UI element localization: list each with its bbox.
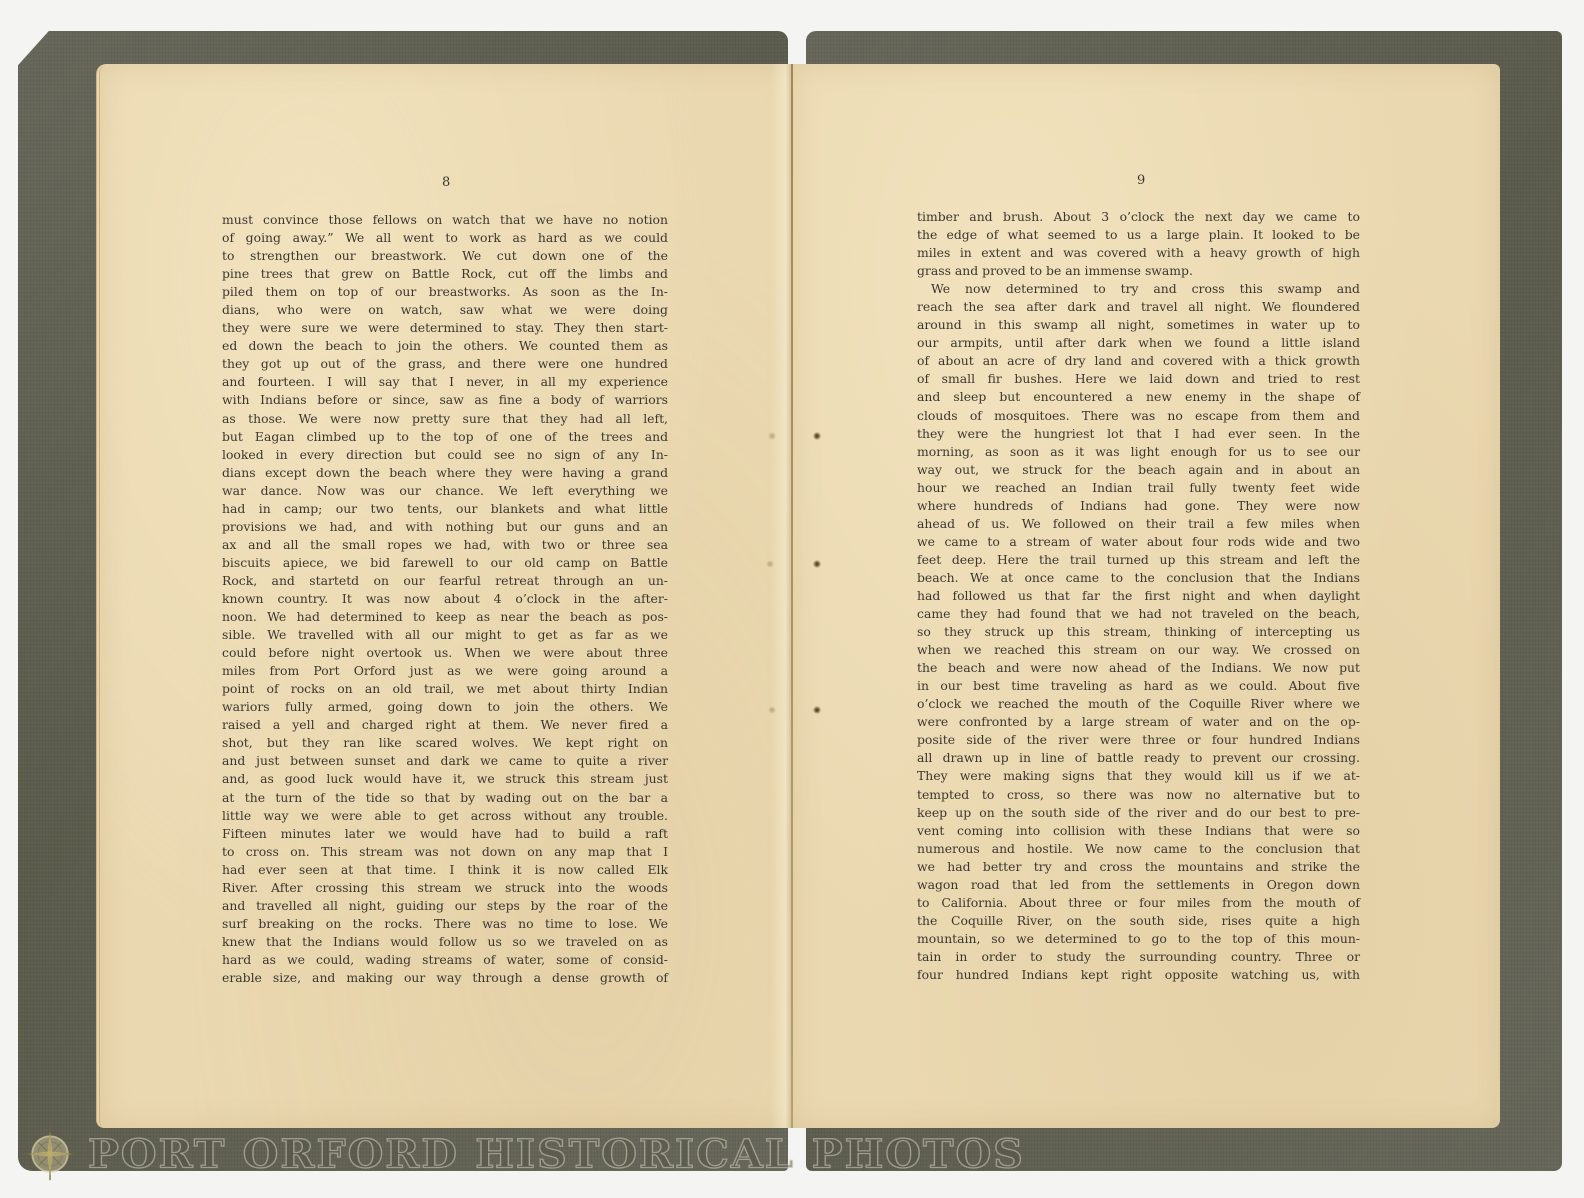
text-line: and travelled all night, guiding our ste…	[222, 897, 668, 915]
center-fold	[791, 64, 793, 1128]
text-line: pine trees that grew on Battle Rock, cut…	[222, 265, 668, 283]
text-line: ax and all the small ropes we had, with …	[222, 536, 668, 554]
text-line: erable size, and making our way through …	[222, 969, 668, 987]
text-line: posite side of the river were three or f…	[917, 731, 1360, 749]
staple-hole	[768, 432, 776, 440]
text-line: noon. We had determined to keep as near …	[222, 608, 668, 626]
text-line: reach the sea after dark and travel all …	[917, 298, 1360, 316]
text-line: but Eagan climbed up to the top of one o…	[222, 428, 668, 446]
text-line: they were the hungriest lot that I had e…	[917, 425, 1360, 443]
text-line: had in camp; our two tents, our blankets…	[222, 500, 668, 518]
text-line: could before night overtook us. When we …	[222, 644, 668, 662]
gutter-shade	[770, 64, 792, 1128]
text-line: mountain, so we determined to go to the …	[917, 930, 1360, 948]
text-line: They were making signs that they would k…	[917, 767, 1360, 785]
staple-hole	[813, 706, 821, 714]
text-line: in our best time traveling as hard as we…	[917, 677, 1360, 695]
text-line: little way we were able to get across wi…	[222, 807, 668, 825]
text-line: must convince those fellows on watch tha…	[222, 211, 668, 229]
staple-hole	[768, 706, 776, 714]
text-line: we came to a stream of water about four …	[917, 533, 1360, 551]
text-line: knew that the Indians would follow us so…	[222, 933, 668, 951]
text-line: we had better try and cross the mountain…	[917, 858, 1360, 876]
scanned-booklet: 8 9 must convince those fellows on watch…	[0, 0, 1584, 1198]
text-line: Fifteen minutes later we would have had …	[222, 825, 668, 843]
text-line: miles in extent and was covered with a h…	[917, 244, 1360, 262]
text-line: of small fir bushes. Here we laid down a…	[917, 370, 1360, 388]
text-line: provisions we had, and with nothing but …	[222, 518, 668, 536]
text-line: numerous and hostile. We now came to the…	[917, 840, 1360, 858]
watermark-text: PORT ORFORD HISTORICAL PHOTOS	[88, 1131, 1025, 1177]
text-line: raised a yell and charged right at them.…	[222, 716, 668, 734]
text-line: all drawn up in line of battle ready to …	[917, 749, 1360, 767]
text-line: as those. We were now pretty sure that t…	[222, 410, 668, 428]
text-line: and fourteen. I will say that I never, i…	[222, 373, 668, 391]
text-line: vent coming into collision with these In…	[917, 822, 1360, 840]
text-line: had followed us that far the first night…	[917, 587, 1360, 605]
text-line: and, as good luck would have it, we stru…	[222, 770, 668, 788]
text-line: to strengthen our breastwork. We cut dow…	[222, 247, 668, 265]
text-line: keep up on the south side of the river a…	[917, 804, 1360, 822]
text-line: and sleep but encountered a new enemy in…	[917, 388, 1360, 406]
text-line: they got up out of the grass, and there …	[222, 355, 668, 373]
text-line: around in this swamp all night, sometime…	[917, 316, 1360, 334]
text-line: We now determined to try and cross this …	[917, 280, 1360, 298]
staple-hole	[813, 560, 821, 568]
text-line: miles from Port Orford just as we were g…	[222, 662, 668, 680]
text-line: four hundred Indians kept right opposite…	[917, 966, 1360, 984]
text-line: feet deep. Here the trail turned up this…	[917, 551, 1360, 569]
text-line: way out, we struck for the beach again a…	[917, 461, 1360, 479]
text-line: the Coquille River, on the south side, r…	[917, 912, 1360, 930]
text-line: where hundreds of Indians had gone. They…	[917, 497, 1360, 515]
text-line: dians, who were on watch, saw what we we…	[222, 301, 668, 319]
text-line: point of rocks on an old trail, we met a…	[222, 680, 668, 698]
text-line: the edge of what seemed to us a large pl…	[917, 226, 1360, 244]
text-line: shot, but they ran like scared wolves. W…	[222, 734, 668, 752]
text-line: the beach and were now ahead of the Indi…	[917, 659, 1360, 677]
text-line: when we reached this stream on our way. …	[917, 641, 1360, 659]
text-line: known country. It was now about 4 o’cloc…	[222, 590, 668, 608]
text-line: and just between sunset and dark we came…	[222, 752, 668, 770]
text-line: tempted to cross, so there was now no al…	[917, 786, 1360, 804]
text-line: war dance. Now was our chance. We left e…	[222, 482, 668, 500]
text-line: of going away.” We all went to work as h…	[222, 229, 668, 247]
text-line: o’clock we reached the mouth of the Coqu…	[917, 695, 1360, 713]
text-line: so they struck up this stream, thinking …	[917, 623, 1360, 641]
text-line: surf breaking on the rocks. There was no…	[222, 915, 668, 933]
text-line: to California. About three or four miles…	[917, 894, 1360, 912]
compass-rose-icon	[22, 1126, 78, 1182]
text-line: ed down the beach to join the others. We…	[222, 337, 668, 355]
text-line: Rock, and startetd on our fearful retrea…	[222, 572, 668, 590]
text-line: hard as we could, wading streams of wate…	[222, 951, 668, 969]
staple-hole	[766, 560, 774, 568]
watermark: PORT ORFORD HISTORICAL PHOTOS	[22, 1124, 1025, 1184]
text-line: to cross on. This stream was not down on…	[222, 843, 668, 861]
text-line: looked in every direction but could see …	[222, 446, 668, 464]
text-line: were confronted by a large stream of wat…	[917, 713, 1360, 731]
text-line: had ever seen at that time. I think it i…	[222, 861, 668, 879]
text-line: clouds of mosquitoes. There was no escap…	[917, 407, 1360, 425]
right-page-body: timber and brush. About 3 o’clock the ne…	[917, 208, 1360, 984]
page-number-right: 9	[1137, 173, 1145, 188]
text-line: they were sure we were determined to sta…	[222, 319, 668, 337]
page-number-left: 8	[442, 175, 450, 190]
text-line: came they had found that we had not trav…	[917, 605, 1360, 623]
text-line: River. After crossing this stream we str…	[222, 879, 668, 897]
text-line: dians except down the beach where they w…	[222, 464, 668, 482]
text-line: grass and proved to be an immense swamp.	[917, 262, 1360, 280]
text-line: piled them on top of our breastworks. As…	[222, 283, 668, 301]
text-line: morning, as soon as it was light enough …	[917, 443, 1360, 461]
text-line: sible. We travelled with all our might t…	[222, 626, 668, 644]
text-line: with Indians before or since, saw as fin…	[222, 391, 668, 409]
text-line: wariors fully armed, going down to join …	[222, 698, 668, 716]
text-line: at the turn of the tide so that by wadin…	[222, 789, 668, 807]
text-line: beach. We at once came to the conclusion…	[917, 569, 1360, 587]
text-line: biscuits apiece, we bid farewell to our …	[222, 554, 668, 572]
text-line: of about an acre of dry land and covered…	[917, 352, 1360, 370]
text-line: our armpits, until after dark when we fo…	[917, 334, 1360, 352]
text-line: hour we reached an Indian trail fully tw…	[917, 479, 1360, 497]
text-line: ahead of us. We followed on their trail …	[917, 515, 1360, 533]
text-line: timber and brush. About 3 o’clock the ne…	[917, 208, 1360, 226]
text-line: tain in order to study the surrounding c…	[917, 948, 1360, 966]
left-page-body: must convince those fellows on watch tha…	[222, 211, 668, 987]
text-line: wagon road that led from the settlements…	[917, 876, 1360, 894]
staple-hole	[813, 432, 821, 440]
